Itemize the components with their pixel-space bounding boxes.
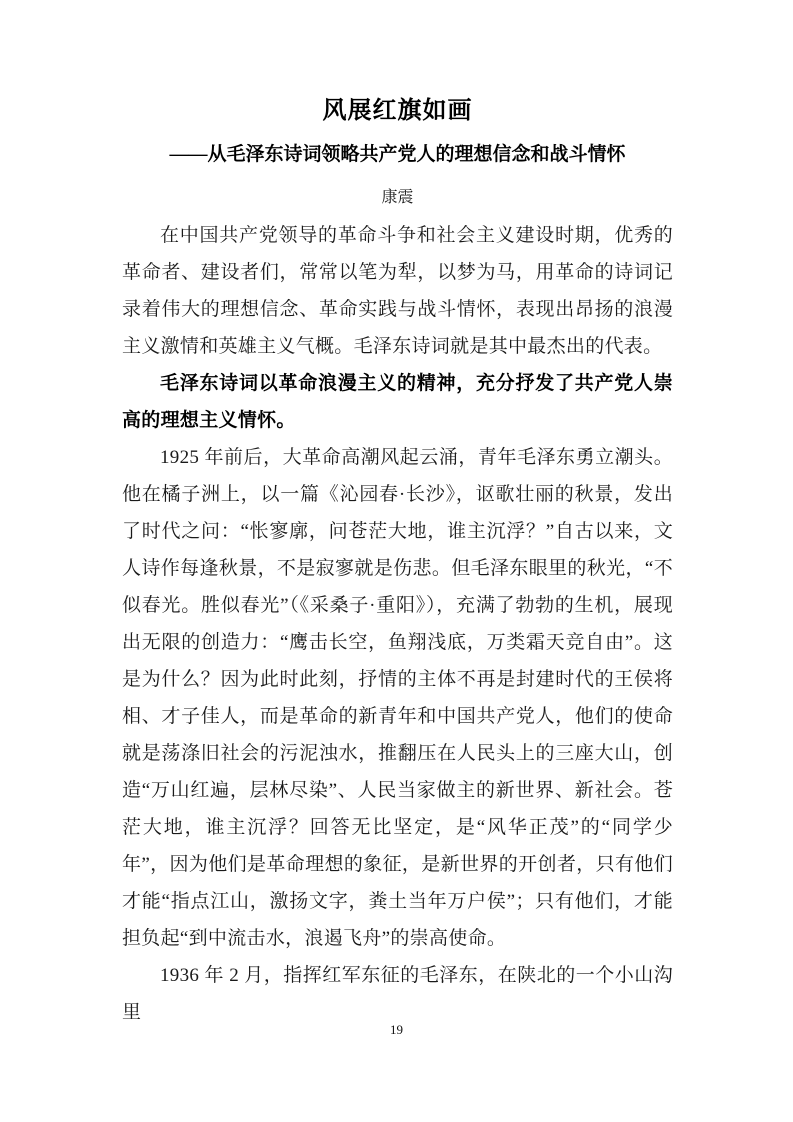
document-page: 风展红旗如画 ——从毛泽东诗词领略共产党人的理想信念和战斗情怀 康震 在中国共产… xyxy=(0,0,793,1122)
page-number: 19 xyxy=(0,1022,793,1038)
document-subtitle: ——从毛泽东诗词领略共产党人的理想信念和战斗情怀 xyxy=(122,140,673,170)
document-body: 在中国共产党领导的革命斗争和社会主义建设时期，优秀的革命者、建设者们，常常以笔为… xyxy=(122,217,673,1031)
document-title: 风展红旗如画 xyxy=(122,94,673,128)
paragraph-section-heading: 毛泽东诗词以革命浪漫主义的精神，充分抒发了共产党人崇高的理想主义情怀。 xyxy=(122,365,673,439)
paragraph-intro: 在中国共产党领导的革命斗争和社会主义建设时期，优秀的革命者、建设者们，常常以笔为… xyxy=(122,217,673,365)
paragraph-1936: 1936 年 2 月，指挥红军东征的毛泽东，在陕北的一个小山沟里 xyxy=(122,957,673,1031)
author-name: 康震 xyxy=(122,185,673,211)
document-content: 风展红旗如画 ——从毛泽东诗词领略共产党人的理想信念和战斗情怀 康震 在中国共产… xyxy=(122,94,673,1031)
paragraph-1925: 1925 年前后，大革命高潮风起云涌，青年毛泽东勇立潮头。他在橘子洲上，以一篇《… xyxy=(122,439,673,957)
